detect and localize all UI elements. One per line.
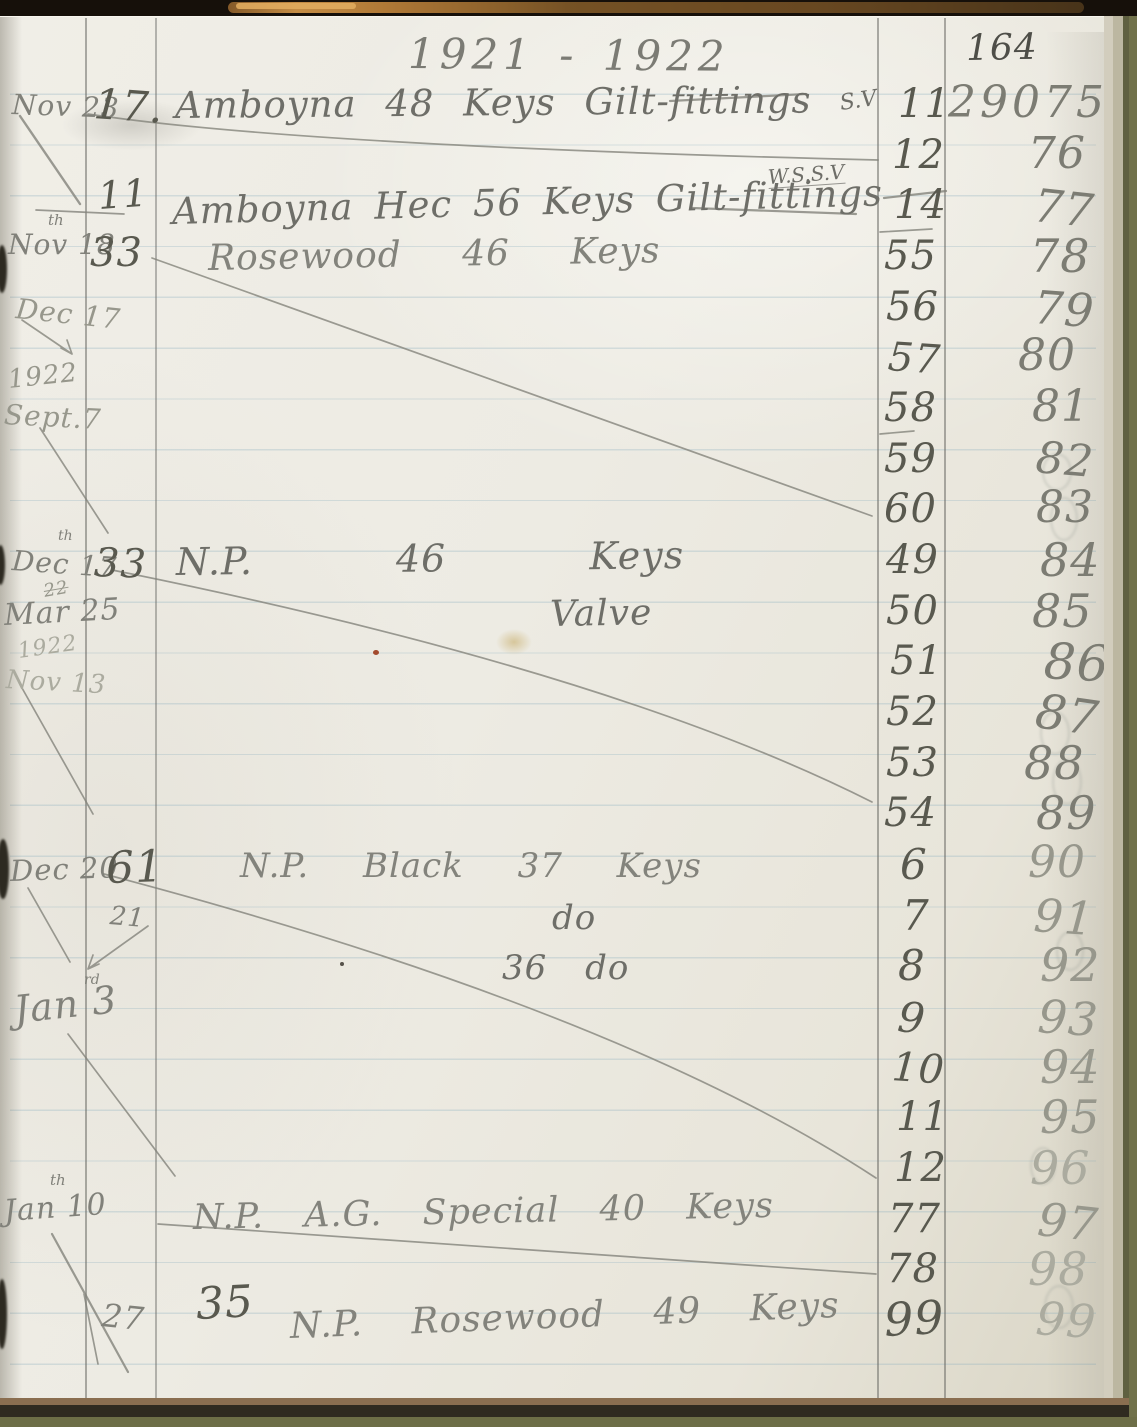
row-serial-number: 91 xyxy=(1032,892,1096,942)
page-number: 164 xyxy=(966,30,1038,67)
binding-bottom-shadow xyxy=(0,1405,1129,1417)
row-mid-number: 78 xyxy=(886,1249,939,1289)
row-mid-number: 12 xyxy=(892,135,945,175)
margin-date: Jan 10 xyxy=(3,1190,108,1227)
margin-date: Jan 3 xyxy=(12,980,119,1029)
row-mid-number: 49 xyxy=(886,540,939,580)
row-serial-number: 99 xyxy=(1034,1295,1098,1345)
row-mid-number: 59 xyxy=(884,439,937,479)
row-serial-number: 80 xyxy=(1018,334,1076,378)
row-mid-number: 77 xyxy=(888,1199,941,1239)
entry-description: do xyxy=(552,901,596,935)
row-mid-number: 51 xyxy=(890,641,943,681)
row-mid-number: 12 xyxy=(894,1148,947,1188)
margin-date: Dec 20 xyxy=(9,853,119,886)
row-serial-number: 77 xyxy=(1032,182,1097,234)
row-serial-number: 93 xyxy=(1036,993,1100,1043)
row-serial-number: 89 xyxy=(1036,790,1097,836)
row-serial-number: 90 xyxy=(1028,841,1086,885)
row-mid-number: 50 xyxy=(886,591,939,631)
margin-date-ordinal: rd xyxy=(84,973,100,987)
row-mid-number: 99 xyxy=(883,1294,946,1343)
background-bottom xyxy=(0,1417,1137,1427)
ledger-page: 1921 - 1922 164 Nov 23 Nov 18 th Dec 17 … xyxy=(0,15,1104,1402)
entry-description: N.P. Black 37 Keys xyxy=(240,849,702,883)
page-bottom-edge xyxy=(0,1398,1129,1405)
row-mid-number: 58 xyxy=(884,388,937,428)
entry-description: N.P. 46 Keys xyxy=(176,536,685,581)
entry-description: 36 do xyxy=(502,951,629,985)
margin-date: 27 xyxy=(100,1299,146,1335)
entry-description: Amboyna 48 Keys Gilt-fittings xyxy=(175,81,812,124)
row-serial-number: 98 xyxy=(1028,1246,1089,1292)
entry-description: Rosewood 46 Keys xyxy=(208,233,661,277)
margin-date-ordinal: th xyxy=(48,213,64,228)
row-mid-number: 60 xyxy=(884,489,937,529)
row-serial-number: 84 xyxy=(1040,537,1101,583)
margin-date: 1922 xyxy=(7,360,80,393)
row-serial-number: 95 xyxy=(1040,1094,1101,1140)
entry-description: Valve xyxy=(550,595,653,633)
row-mid-number: 14 xyxy=(894,185,947,225)
margin-date-ordinal: th xyxy=(50,1173,66,1188)
batch-number: 11 xyxy=(97,174,150,215)
margin-date: Sept.7 xyxy=(3,401,102,434)
batch-number: 33 xyxy=(93,543,147,585)
row-mid-number: 55 xyxy=(884,236,937,276)
margin-date: 21 xyxy=(109,903,146,932)
row-serial-number: 76 xyxy=(1028,132,1086,176)
row-mid-number: 11 xyxy=(898,84,951,124)
row-mid-number: 57 xyxy=(887,337,943,381)
batch-number: 61 xyxy=(105,845,165,891)
row-serial-number: 79 xyxy=(1032,284,1096,334)
batch-number: 35 xyxy=(195,1280,255,1327)
row-serial-number: 96 xyxy=(1030,1145,1091,1191)
row-mid-number: 8 xyxy=(898,945,926,987)
binding-tape-highlight xyxy=(236,3,356,9)
row-serial-number: 92 xyxy=(1040,942,1101,988)
row-mid-number: 52 xyxy=(886,692,939,732)
row-serial-number: 81 xyxy=(1032,385,1090,429)
row-mid-number: 9 xyxy=(896,996,928,1041)
binding-tape xyxy=(228,2,1084,13)
row-mid-number: 56 xyxy=(886,287,939,327)
row-mid-number: 10 xyxy=(891,1047,947,1091)
row-mid-number: 11 xyxy=(896,1097,949,1137)
row-serial-number: 94 xyxy=(1040,1044,1101,1090)
row-mid-number: 7 xyxy=(902,895,930,937)
ledger-photo: 1921 - 1922 164 Nov 23 Nov 18 th Dec 17 … xyxy=(0,0,1137,1427)
row-mid-number: 6 xyxy=(900,844,928,886)
row-mid-number: 53 xyxy=(886,743,939,783)
batch-number: 33 xyxy=(90,233,143,273)
page-stack-shadow xyxy=(1123,12,1129,1408)
entry-annotation: S.V xyxy=(838,88,878,115)
page-stack-edge xyxy=(1113,13,1123,1407)
batch-number: 17. xyxy=(93,83,166,130)
row-serial-number: 78 xyxy=(1030,233,1091,279)
row-serial-number: 82 xyxy=(1034,436,1096,485)
row-serial-number: 29075 xyxy=(948,81,1108,125)
margin-date: Mar 25 xyxy=(3,595,121,631)
row-mid-number: 54 xyxy=(884,793,937,833)
row-serial-number: 86 xyxy=(1043,636,1111,689)
row-serial-number: 85 xyxy=(1032,588,1093,634)
year-heading: 1921 - 1922 xyxy=(408,33,730,78)
margin-date: Nov 13 xyxy=(5,667,107,698)
row-serial-number: 83 xyxy=(1036,486,1094,530)
row-serial-number: 97 xyxy=(1036,1196,1101,1248)
margin-date-ordinal: th xyxy=(58,529,73,543)
page-stack-edge xyxy=(1104,14,1113,1406)
row-serial-number: 88 xyxy=(1024,740,1085,786)
